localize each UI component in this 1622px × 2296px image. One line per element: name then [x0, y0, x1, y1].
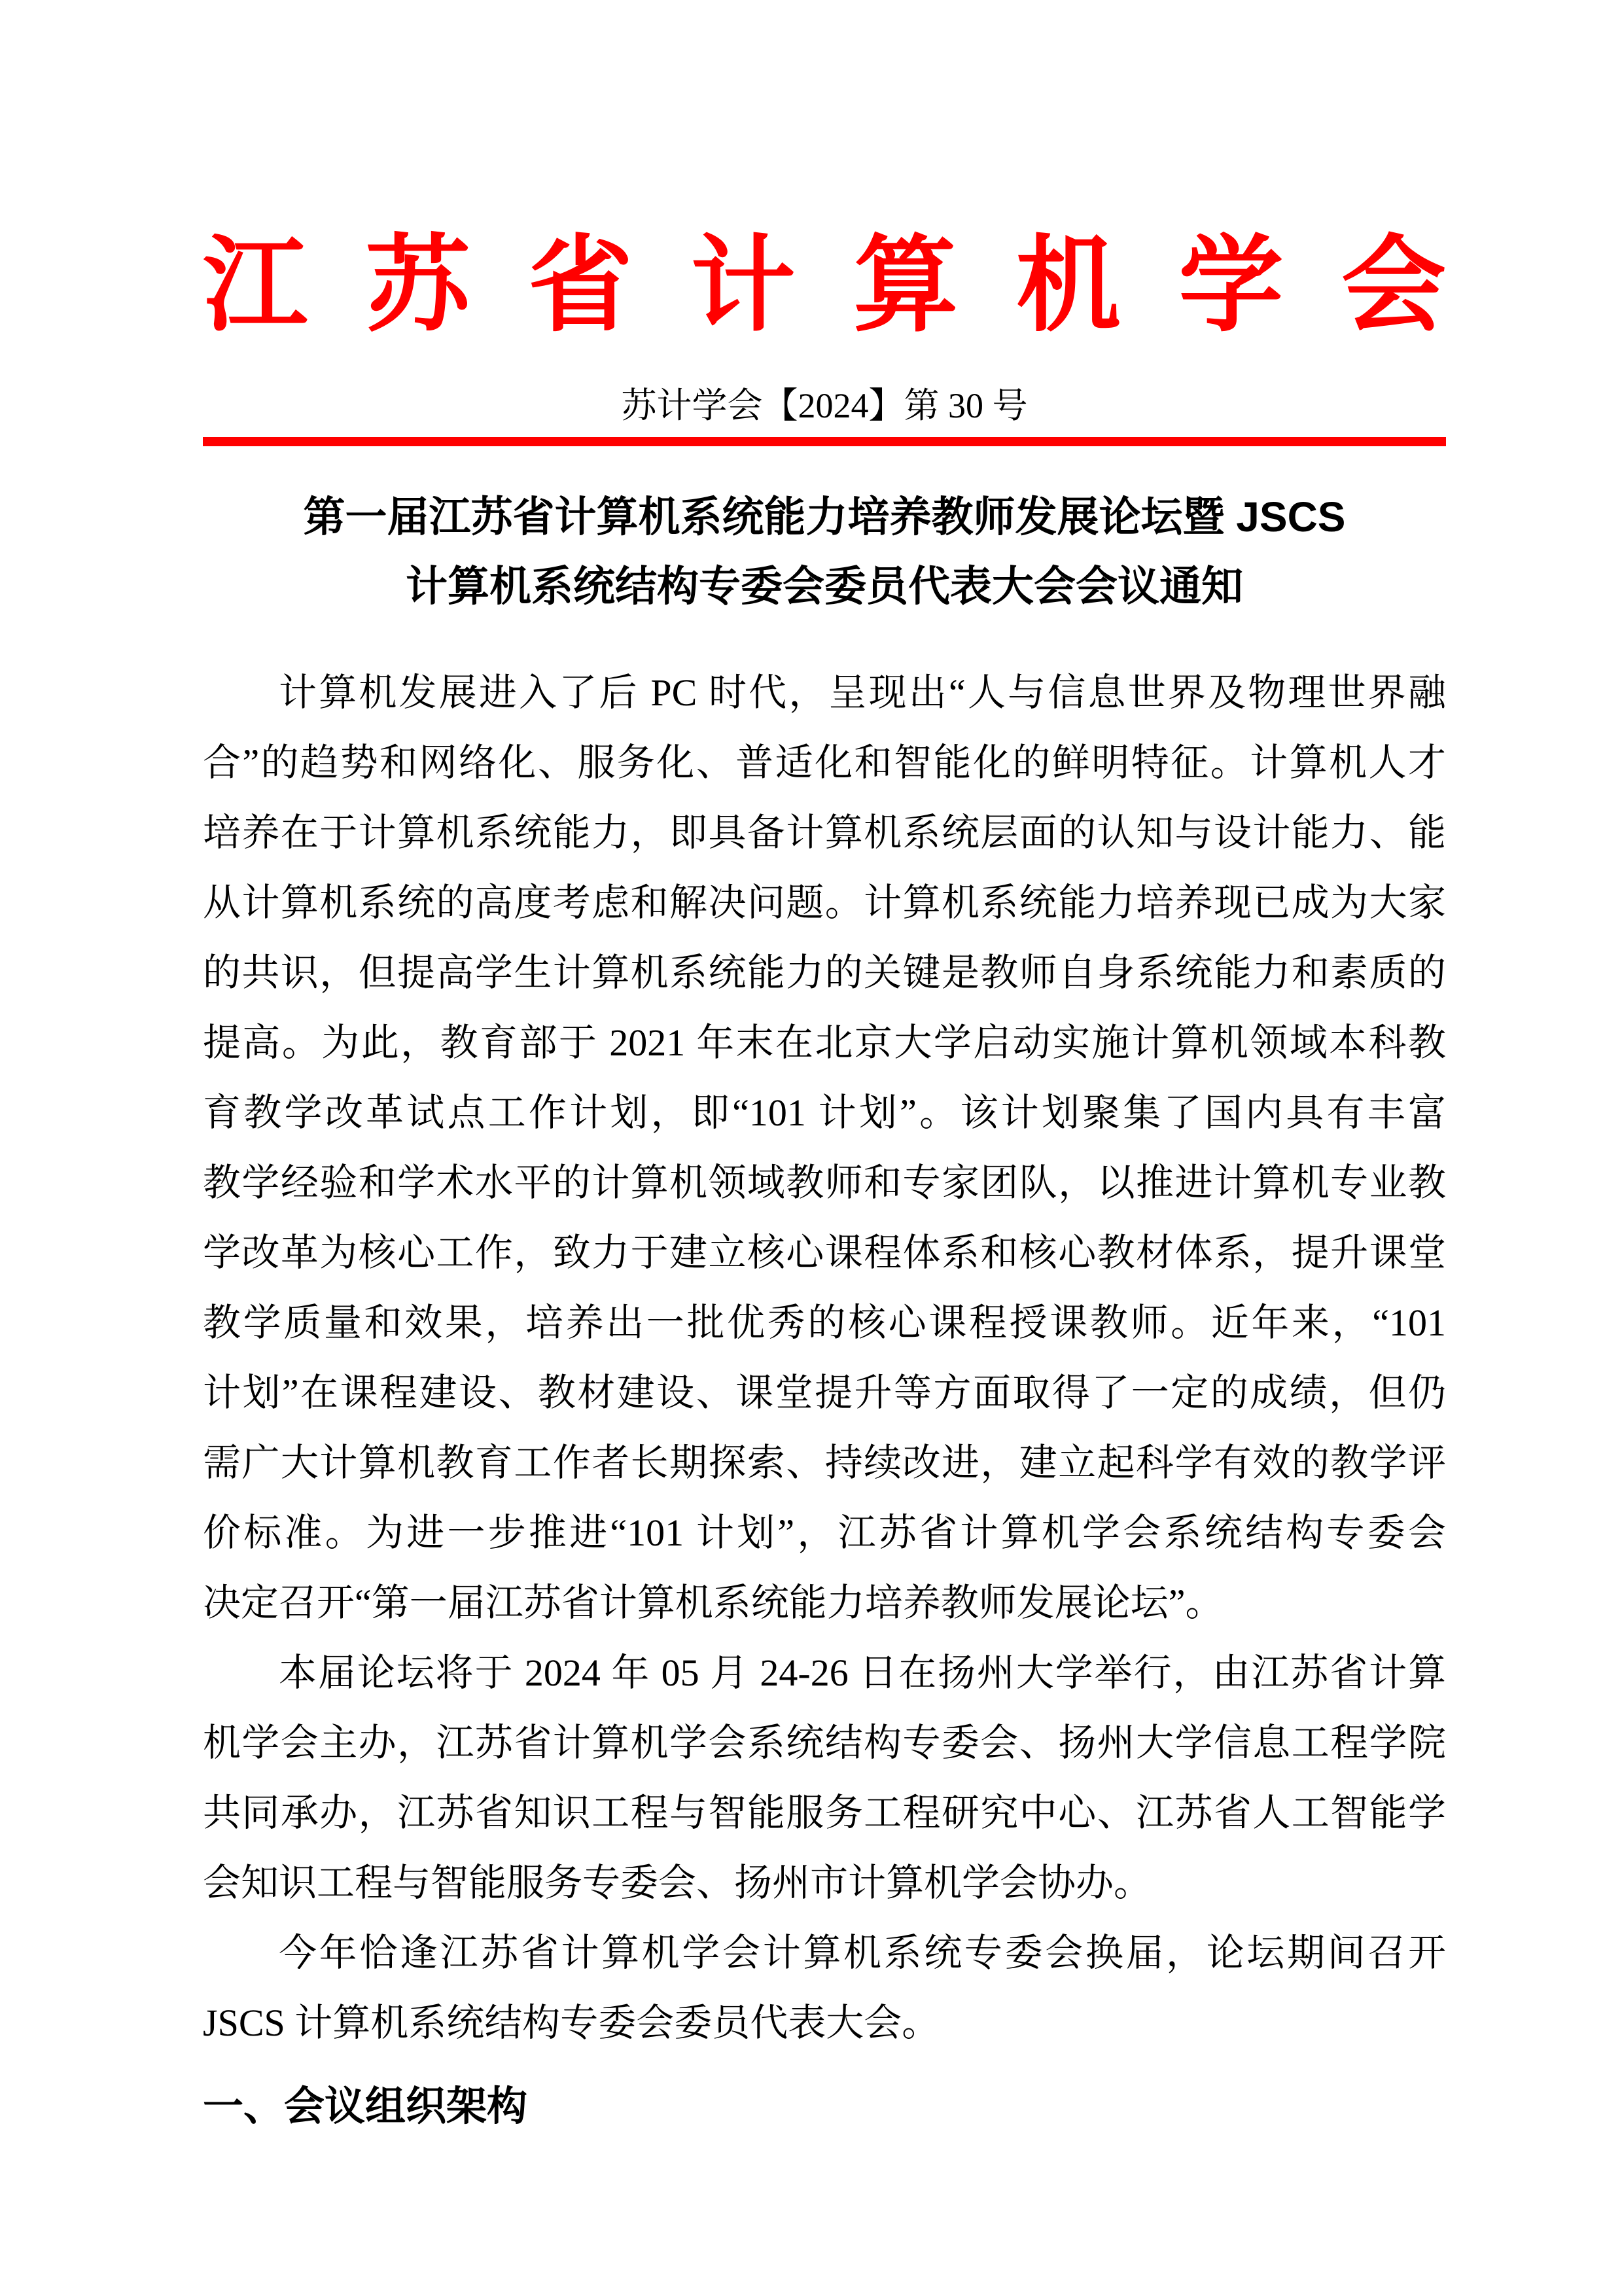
body-text-line: 机学会主办，江苏省计算机学会系统结构专委会、扬州大学信息工程学院 — [203, 1708, 1446, 1778]
body-text-line: JSCS 计算机系统结构专委会委员代表大会。 — [203, 1988, 1446, 2058]
body-text-line: 合”的趋势和网络化、服务化、普适化和智能化的鲜明特征。计算机人才 — [203, 728, 1446, 798]
body-text-line: 教学经验和学术水平的计算机领域教师和专家团队，以推进计算机专业教 — [203, 1148, 1446, 1218]
org-title: 江 苏 省 计 算 机 学 会 — [203, 226, 1446, 347]
body-text-line: 计算机发展进入了后 PC 时代，呈现出“人与信息世界及物理世界融 — [203, 658, 1446, 728]
body-text-line: 的共识，但提高学生计算机系统能力的关键是教师自身系统能力和素质的 — [203, 938, 1446, 1008]
body-paragraph: 本届论坛将于 2024 年 05 月 24-26 日在扬州大学举行，由江苏省计算… — [203, 1638, 1446, 1918]
body-text-line: 价标准。为进一步推进“101 计划”，江苏省计算机学会系统结构专委会 — [203, 1498, 1446, 1568]
body-text-line: 决定召开“第一届江苏省计算机系统能力培养教师发展论坛”。 — [203, 1568, 1446, 1638]
document-content: 江 苏 省 计 算 机 学 会 苏计学会【2024】第 30 号 第一届江苏省计… — [203, 226, 1446, 2136]
body-text-line: 会知识工程与智能服务专委会、扬州市计算机学会协办。 — [203, 1848, 1446, 1918]
body-paragraph: 计算机发展进入了后 PC 时代，呈现出“人与信息世界及物理世界融合”的趋势和网络… — [203, 658, 1446, 1638]
body-paragraph: 今年恰逢江苏省计算机学会计算机系统专委会换届，论坛期间召开JSCS 计算机系统结… — [203, 1918, 1446, 2058]
doc-number: 苏计学会【2024】第 30 号 — [203, 383, 1446, 429]
red-divider — [203, 437, 1446, 446]
body-text-line: 今年恰逢江苏省计算机学会计算机系统专委会换届，论坛期间召开 — [203, 1918, 1446, 1988]
notice-title-line1: 第一届江苏省计算机系统能力培养教师发展论坛暨 JSCS — [203, 482, 1446, 552]
body-text-line: 需广大计算机教育工作者长期探索、持续改进，建立起科学有效的教学评 — [203, 1428, 1446, 1498]
body-text-line: 本届论坛将于 2024 年 05 月 24-26 日在扬州大学举行，由江苏省计算 — [203, 1638, 1446, 1708]
section-heading: 一、会议组织架构 — [203, 2077, 1446, 2136]
body-text-line: 共同承办，江苏省知识工程与智能服务工程研究中心、江苏省人工智能学 — [203, 1778, 1446, 1848]
body-text-line: 培养在于计算机系统能力，即具备计算机系统层面的认知与设计能力、能 — [203, 798, 1446, 868]
body-text-line: 从计算机系统的高度考虑和解决问题。计算机系统能力培养现已成为大家 — [203, 868, 1446, 938]
body-text-line: 育教学改革试点工作计划，即“101 计划”。该计划聚集了国内具有丰富 — [203, 1078, 1446, 1148]
notice-title-line2: 计算机系统结构专委会委员代表大会会议通知 — [203, 552, 1446, 621]
body-text-line: 教学质量和效果，培养出一批优秀的核心课程授课教师。近年来，“101 — [203, 1288, 1446, 1358]
notice-title: 第一届江苏省计算机系统能力培养教师发展论坛暨 JSCS 计算机系统结构专委会委员… — [203, 482, 1446, 621]
document-page: 江 苏 省 计 算 机 学 会 苏计学会【2024】第 30 号 第一届江苏省计… — [0, 0, 1622, 2296]
body-text-line: 学改革为核心工作，致力于建立核心课程体系和核心教材体系，提升课堂 — [203, 1218, 1446, 1288]
body-text-line: 提高。为此，教育部于 2021 年末在北京大学启动实施计算机领域本科教 — [203, 1008, 1446, 1078]
notice-body: 计算机发展进入了后 PC 时代，呈现出“人与信息世界及物理世界融合”的趋势和网络… — [203, 658, 1446, 2058]
body-text-line: 计划”在课程建设、教材建设、课堂提升等方面取得了一定的成绩，但仍 — [203, 1358, 1446, 1428]
